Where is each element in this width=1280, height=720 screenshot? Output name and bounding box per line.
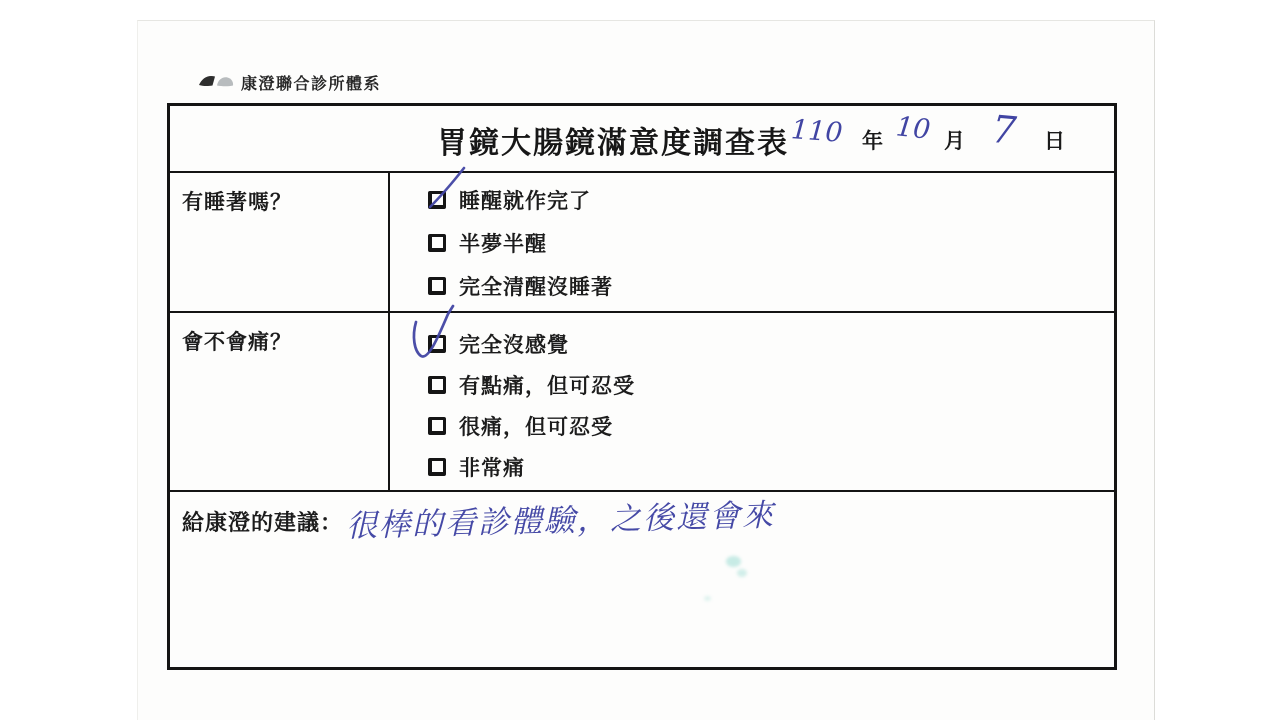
- option-very-painful: 非常痛: [428, 452, 1114, 482]
- day-unit-label: 日: [1044, 125, 1065, 155]
- teal-smudge: [737, 569, 747, 577]
- month-unit-label: 月: [944, 125, 965, 155]
- question-cell: 會不會痛？: [170, 313, 390, 490]
- checkbox-icon: [428, 458, 446, 476]
- option-painful-bearable: 很痛，但可忍受: [428, 411, 1114, 441]
- teal-smudge: [704, 596, 711, 601]
- option-label: 睡醒就作完了: [459, 185, 591, 215]
- option-label: 完全沒感覺: [459, 329, 569, 359]
- handwritten-day: 7: [990, 107, 1018, 153]
- option-label: 非常痛: [459, 452, 525, 482]
- question-cell: 有睡著嗎？: [170, 173, 390, 311]
- question-row-sleep: 有睡著嗎？ 睡醒就作完了 半夢半醒 完全清醒沒睡著: [170, 173, 1114, 313]
- clinic-name: 康澄聯合診所體系: [241, 71, 381, 94]
- option-sleep-finished: 睡醒就作完了: [428, 185, 1114, 215]
- teal-smudge: [726, 556, 741, 567]
- checkbox-icon: [428, 191, 446, 209]
- option-half-awake: 半夢半醒: [428, 228, 1114, 258]
- checkbox-icon: [428, 277, 446, 295]
- options-cell: 睡醒就作完了 半夢半醒 完全清醒沒睡著: [390, 173, 1114, 311]
- checkbox-icon: [428, 376, 446, 394]
- option-slight-pain: 有點痛，但可忍受: [428, 370, 1114, 400]
- checkbox-icon: [428, 234, 446, 252]
- checkbox-icon: [428, 417, 446, 435]
- handwritten-month: 10: [894, 111, 931, 145]
- option-label: 半夢半醒: [459, 228, 547, 258]
- option-fully-awake: 完全清醒沒睡著: [428, 271, 1114, 301]
- survey-table: 有睡著嗎？ 睡醒就作完了 半夢半醒 完全清醒沒睡著: [167, 103, 1117, 670]
- option-no-feeling: 完全沒感覺: [428, 329, 1114, 359]
- year-unit-label: 年: [862, 125, 883, 155]
- suggestion-row: 給康澄的建議： 很棒的看診體驗，之後還會來: [170, 492, 1114, 665]
- scanned-survey-form: 康澄聯合診所體系 有睡著嗎？ 睡醒就作完了 半夢半醒: [0, 0, 1280, 720]
- brand-header: 康澄聯合診所體系: [198, 71, 381, 94]
- question-row-pain: 會不會痛？ 完全沒感覺 有點痛，但可忍受 很痛，但可忍受: [170, 313, 1114, 492]
- options-cell: 完全沒感覺 有點痛，但可忍受 很痛，但可忍受 非常痛: [390, 313, 1114, 490]
- option-label: 很痛，但可忍受: [459, 411, 613, 441]
- question-label: 有睡著嗎？: [182, 191, 292, 214]
- form-title: 胃鏡大腸鏡滿意度調查表: [437, 118, 789, 162]
- option-label: 有點痛，但可忍受: [459, 370, 635, 400]
- handwritten-year: 110: [790, 114, 844, 149]
- question-label: 會不會痛？: [182, 331, 292, 354]
- option-label: 完全清醒沒睡著: [459, 271, 613, 301]
- handwritten-suggestion: 很棒的看診體驗，之後還會來: [346, 498, 777, 543]
- checkbox-icon: [428, 335, 446, 353]
- clinic-logo-icon: [198, 73, 234, 93]
- suggestion-label: 給康澄的建議：: [182, 506, 343, 537]
